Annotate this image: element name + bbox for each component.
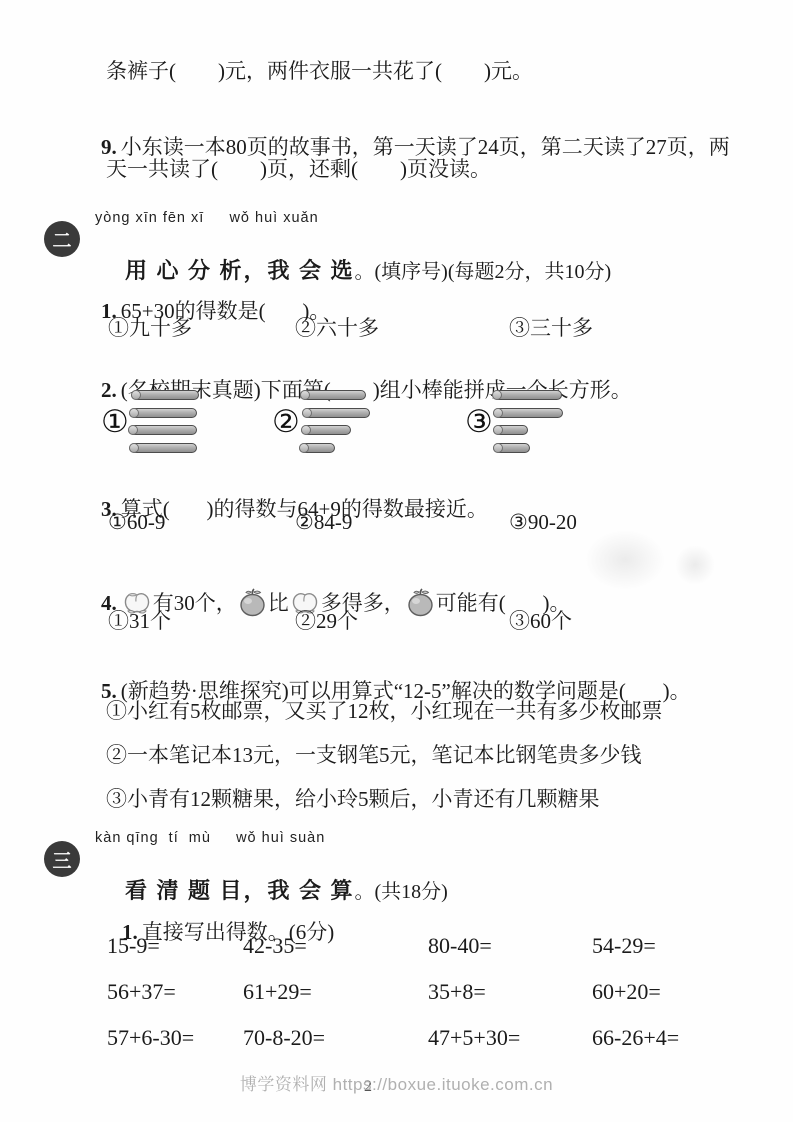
q9-line2: 天一共读了( )页，还剩( )页没读。 [106,156,491,182]
stick [493,443,530,453]
q5-choice-2: ②一本笔记本13元，一支钢笔5元，笔记本比钢笔贵多少钱 [106,742,642,768]
q5-choice-1: ①小红有5枚邮票，又买了12枚，小红现在一共有多少枚邮票 [106,698,663,724]
q1-option-3: ③三十多 [509,312,593,342]
stick [492,390,562,400]
stick-group-1 [128,390,199,460]
calc-cell: 80-40= [428,933,592,979]
stick-group-3 [492,390,563,460]
q4-option-3: ③60个 [509,605,572,635]
apple-icon [407,588,434,617]
stick [493,425,528,435]
calc-cell: 61+29= [243,979,428,1025]
section-two-badge: 二 [44,221,80,257]
q1-option-2: ②六十多 [295,312,379,342]
calc-cell: 47+5+30= [428,1025,592,1071]
stick [300,390,366,400]
stick-group-3-label: ③ [465,404,493,440]
stick [129,443,197,453]
section-two-title-suffix: 。(填序号)(每题2分，共10分) [355,261,612,283]
calc-cell: 15-9= [107,933,243,979]
stick [129,408,197,418]
section-three-title-suffix: 。(共18分) [355,881,448,903]
stick [128,425,197,435]
stick [131,390,199,400]
q1-option-1: ①九十多 [108,312,192,342]
q3-option-2: ②84-9 [295,510,352,535]
calc-cell: 54-29= [592,933,757,979]
calc-cell: 66-26+4= [592,1025,757,1071]
stick [493,408,563,418]
calc-grid: 15-9= 42-35= 80-40= 54-29= 56+37= 61+29=… [107,933,757,1071]
section-three-pinyin: kàn qīng tí mù wǒ huì suàn [95,830,325,846]
q8-tail-line: 条裤子( )元，两件衣服一共花了( )元。 [106,58,533,84]
scan-artifact [585,530,665,590]
section-two-pinyin: yòng xīn fēn xī wǒ huì xuǎn [95,210,319,226]
calc-cell: 60+20= [592,979,757,1025]
q3-option-1: ①60-9 [108,510,165,535]
watermark: 博学资料网 https://boxue.ituoke.com.cn [0,1070,793,1095]
stick [299,443,335,453]
q2-number: 2. [101,378,121,402]
calc-cell: 57+6-30= [107,1025,243,1071]
q4-text-2: 比 [268,591,289,615]
q3-option-3: ③90-20 [509,510,577,535]
q5-choice-3: ③小青有12颗糖果，给小玲5颗后，小青还有几颗糖果 [106,786,600,812]
apple-icon [239,588,266,617]
stick-group-2-label: ② [272,404,300,440]
section-three-badge: 三 [44,841,80,877]
q4-option-2: ②29个 [295,605,358,635]
worksheet-page: 条裤子( )元，两件衣服一共花了( )元。 9.小东读一本80页的故事书，第一天… [0,0,793,1122]
q4-option-1: ①31个 [108,605,171,635]
calc-cell: 56+37= [107,979,243,1025]
stick [302,408,370,418]
calc-cell: 42-35= [243,933,428,979]
stick [301,425,351,435]
calc-cell: 35+8= [428,979,592,1025]
stick-group-2 [299,390,370,460]
stick-group-1-label: ① [101,404,129,440]
scan-artifact [675,545,715,585]
calc-cell: 70-8-20= [243,1025,428,1071]
